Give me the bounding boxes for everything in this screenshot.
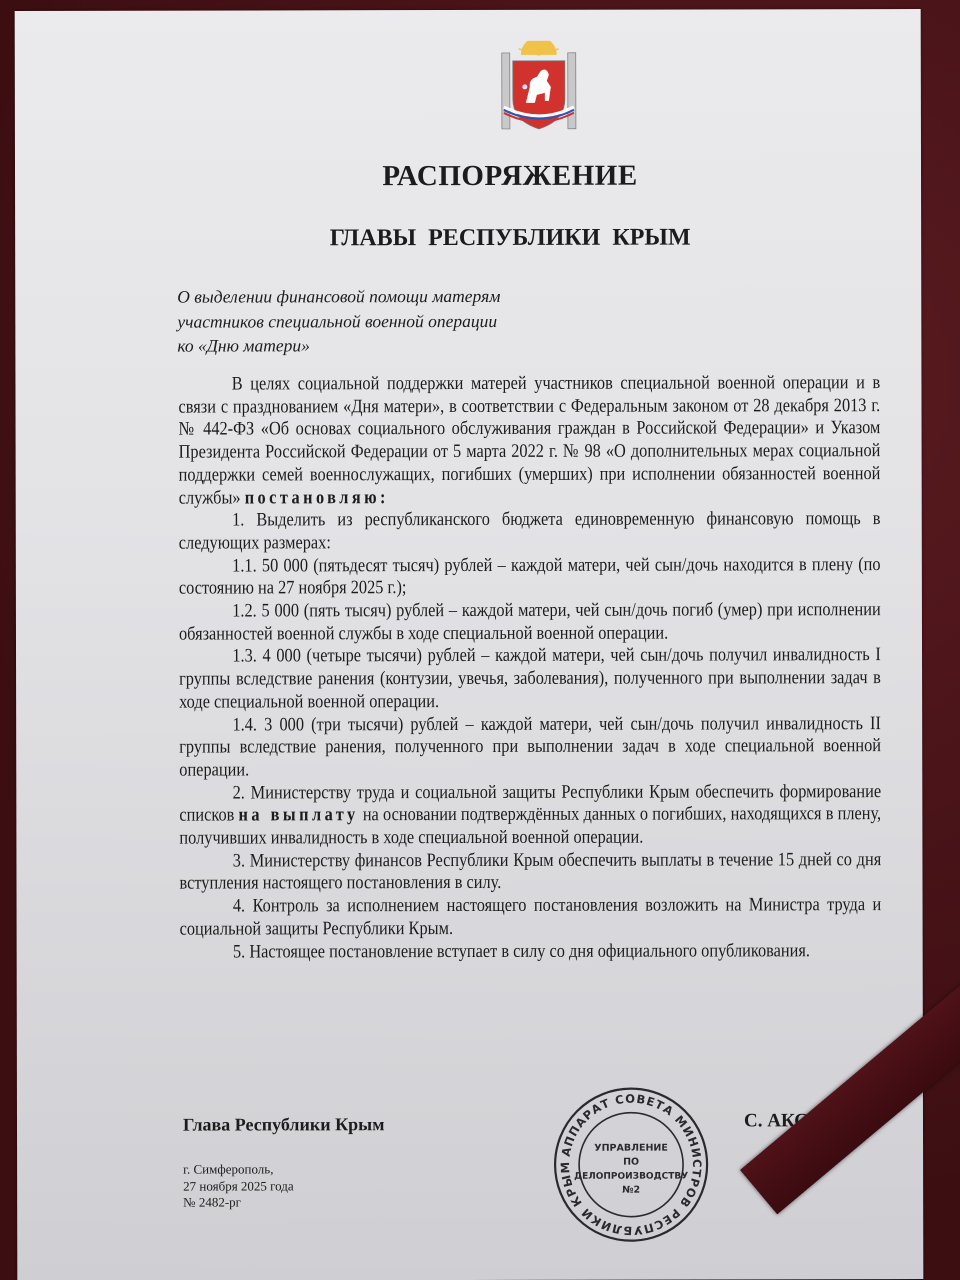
signatory-title: Глава Республики Крым <box>183 1114 385 1135</box>
svg-text:ДЕЛОПРОИЗВОДСТВУ: ДЕЛОПРОИЗВОДСТВУ <box>574 1172 688 1182</box>
heading-line: ко «Дню матери» <box>177 333 597 358</box>
place: г. Симферополь, <box>183 1161 294 1178</box>
date: 27 ноября 2025 года <box>183 1178 294 1195</box>
official-stamp-icon: АППАРАТ СОВЕТА МИНИСТРОВ РЕСПУБЛИКИ КРЫМ… <box>551 1084 711 1244</box>
document-number: № 2482-рг <box>183 1194 294 1211</box>
item-4: 4. Контроль за исполнением настоящего по… <box>180 894 882 941</box>
item-1-1: 1.1. 50 000 (пятьдесят тысяч) рублей – к… <box>179 554 881 601</box>
document-meta: г. Симферополь, 27 ноября 2025 года № 24… <box>183 1161 294 1211</box>
document-subtitle: ГЛАВЫ РЕСПУБЛИКИ КРЫМ <box>15 224 921 253</box>
item-5: 5. Настоящее постановление вступает в си… <box>180 940 882 964</box>
item-1-3: 1.3. 4 000 (четыре тысячи) рублей – кажд… <box>179 645 881 715</box>
crimea-coat-of-arms-icon <box>499 41 579 131</box>
document-heading: О выделении финансовой помощи матерям уч… <box>177 284 597 358</box>
item-1-2: 1.2. 5 000 (пять тысяч) рублей – каждой … <box>179 599 881 646</box>
document-body: В целях социальной поддержки матерей уча… <box>178 372 881 964</box>
decree-word: постановляю: <box>245 487 389 508</box>
item-1: 1. Выделить из республиканского бюджета … <box>179 508 881 555</box>
preamble-paragraph: В целях социальной поддержки матерей уча… <box>178 372 880 510</box>
svg-text:№2: №2 <box>622 1185 640 1196</box>
item-1-4: 1.4. 3 000 (три тысячи) рублей – каждой … <box>179 713 881 783</box>
item-2-emphasis: на выплату <box>239 805 359 826</box>
heading-line: участников специальной военной операции <box>177 308 597 333</box>
document-title: РАСПОРЯЖЕНИЕ <box>15 159 921 194</box>
document-page: РАСПОРЯЖЕНИЕ ГЛАВЫ РЕСПУБЛИКИ КРЫМ О выд… <box>15 9 924 1280</box>
item-2: 2. Министерству труда и социальной защит… <box>179 781 881 851</box>
svg-text:ПО: ПО <box>623 1157 639 1168</box>
item-3: 3. Министерству финансов Республики Крым… <box>179 849 881 896</box>
svg-text:УПРАВЛЕНИЕ: УПРАВЛЕНИЕ <box>594 1143 668 1154</box>
heading-line: О выделении финансовой помощи матерям <box>177 284 597 309</box>
